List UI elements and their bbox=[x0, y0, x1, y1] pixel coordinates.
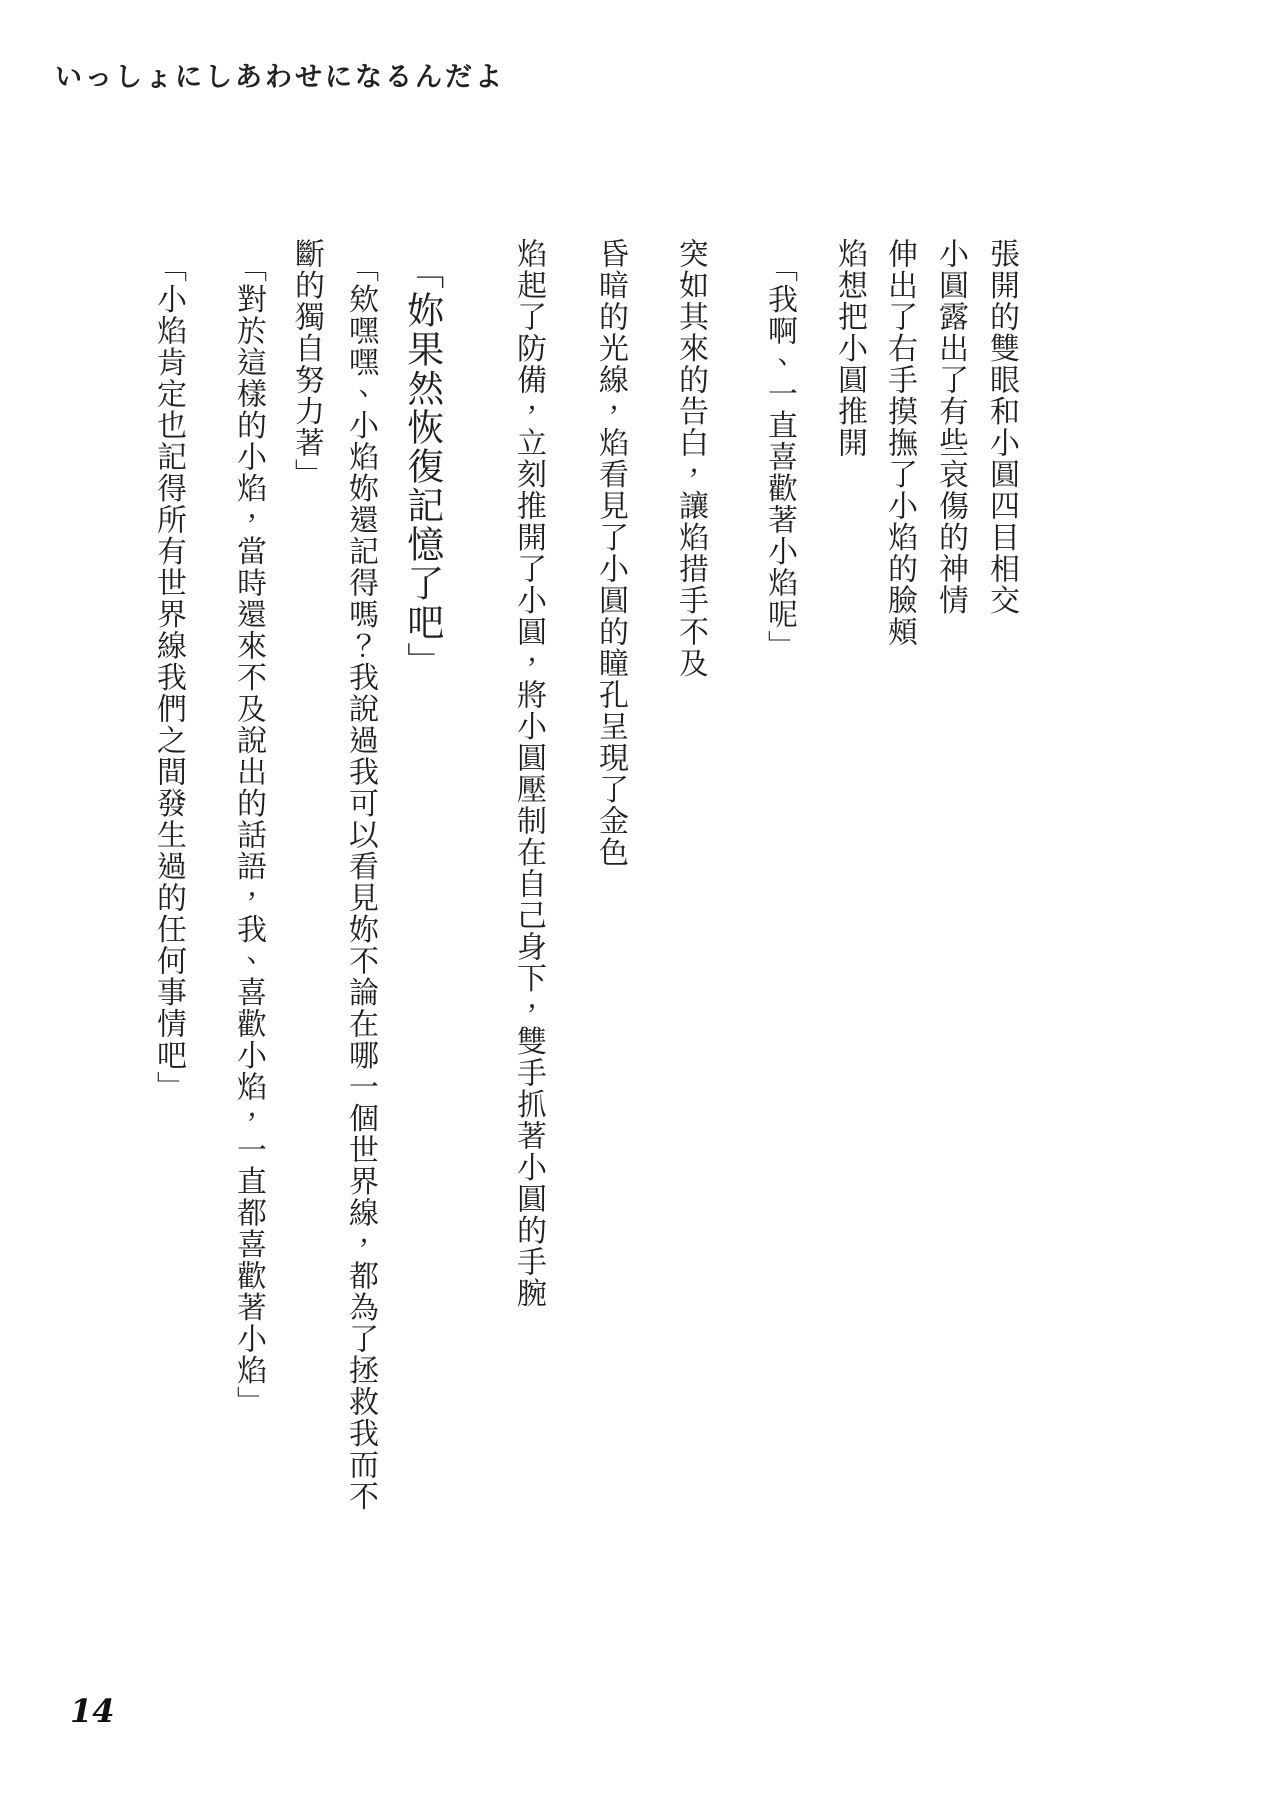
header-title: いっしょにしあわせになるんだよ bbox=[55, 55, 505, 94]
text-column-2: 小圓露出了有些哀傷的神情 bbox=[934, 238, 967, 616]
text-column-4: 焰想把小圓推開 bbox=[833, 238, 866, 459]
text-column-1: 張開的雙眼和小圓四目相交 bbox=[985, 238, 1018, 616]
page-number: 14 bbox=[70, 1692, 115, 1730]
text-column-12-dialog: 「對於這樣的小焰，當時還來不及說出的話語，我、喜歡小焰，一直都喜歡著小焰」 bbox=[232, 252, 265, 1418]
text-column-9-dialog-emphasis: 「妳果然恢復記憶了吧」 bbox=[400, 252, 441, 681]
text-column-8: 焰起了防備，立刻推開了小圓，將小圓壓制在自己身下，雙手抓著小圓的手腕 bbox=[512, 238, 545, 1309]
text-column-6: 突如其來的告白，讓焰措手不及 bbox=[674, 238, 707, 679]
text-column-7: 昏暗的光線，焰看見了小圓的瞳孔呈現了金色 bbox=[594, 238, 627, 868]
text-column-10-dialog: 「欸嘿嘿、小焰妳還記得嗎？我說過我可以看見妳不論在哪一個世界線，都為了拯救我而不 bbox=[344, 252, 377, 1512]
text-column-3: 伸出了右手摸撫了小焰的臉頰 bbox=[883, 238, 916, 648]
book-page: { "page": { "header_title": "いっしょにしあわせにな… bbox=[0, 0, 1280, 1816]
text-column-11-dialog-continuation: 斷的獨自努力著」 bbox=[290, 238, 323, 490]
text-column-5-dialog: 「我啊、一直喜歡著小焰呢」 bbox=[763, 252, 796, 662]
text-column-13-dialog: 「小焰肯定也記得所有世界線我們之間發生過的任何事情吧」 bbox=[152, 252, 185, 1103]
